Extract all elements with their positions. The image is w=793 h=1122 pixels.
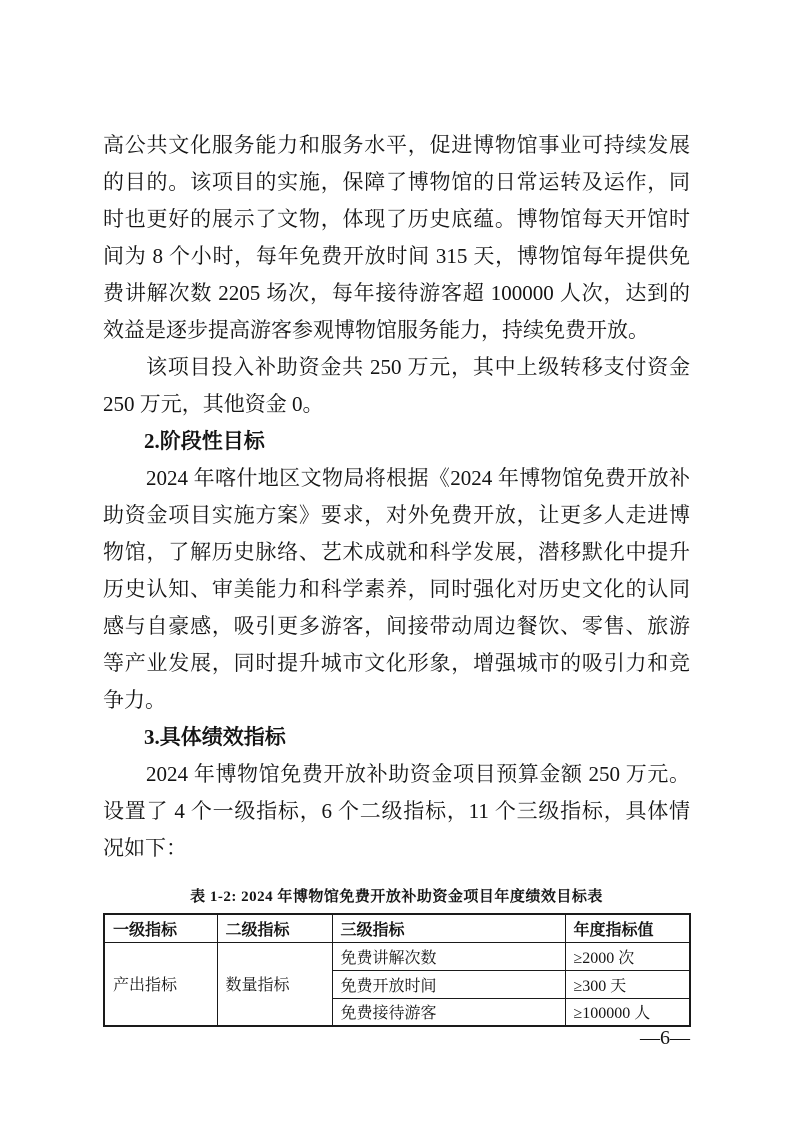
table-caption: 表 1-2: 2024 年博物馆免费开放补助资金项目年度绩效目标表 bbox=[103, 888, 690, 907]
document-page: 高公共文化服务能力和服务水平，促进博物馆事业可持续发展的目的。该项目的实施，保障… bbox=[103, 127, 690, 1027]
paragraph-stage-goals: 2024 年喀什地区文物局将根据《2024 年博物馆免费开放补助资金项目实施方案… bbox=[103, 460, 690, 719]
paragraph-funding-summary: 该项目投入补助资金共 250 万元，其中上级转移支付资金 250 万元，其他资金… bbox=[103, 349, 690, 423]
heading-stage-goals: 2.阶段性目标 bbox=[103, 423, 690, 460]
cell-indicator: 免费讲解次数 bbox=[332, 942, 565, 970]
annual-performance-target-table: 一级指标 二级指标 三级指标 年度指标值 产出指标 数量指标 免费讲解次数 ≥2… bbox=[103, 913, 691, 1027]
header-level1-indicator: 一级指标 bbox=[104, 914, 217, 942]
cell-indicator: 免费开放时间 bbox=[332, 970, 565, 998]
cell-level2-indicator: 数量指标 bbox=[217, 942, 332, 1026]
cell-target-value: ≥100000 人 bbox=[565, 998, 690, 1026]
table-row: 产出指标 数量指标 免费讲解次数 ≥2000 次 bbox=[104, 942, 690, 970]
header-level3-indicator: 三级指标 bbox=[332, 914, 565, 942]
header-level2-indicator: 二级指标 bbox=[217, 914, 332, 942]
paragraph-continuation: 高公共文化服务能力和服务水平，促进博物馆事业可持续发展的目的。该项目的实施，保障… bbox=[103, 127, 690, 349]
table-header-row: 一级指标 二级指标 三级指标 年度指标值 bbox=[104, 914, 690, 942]
cell-target-value: ≥2000 次 bbox=[565, 942, 690, 970]
heading-performance-indicators: 3.具体绩效指标 bbox=[103, 719, 690, 756]
cell-level1-indicator: 产出指标 bbox=[104, 942, 217, 1026]
cell-target-value: ≥300 天 bbox=[565, 970, 690, 998]
cell-indicator: 免费接待游客 bbox=[332, 998, 565, 1026]
paragraph-indicators-intro: 2024 年博物馆免费开放补助资金项目预算金额 250 万元。设置了 4 个一级… bbox=[103, 756, 690, 867]
header-annual-target-value: 年度指标值 bbox=[565, 914, 690, 942]
page-number: —6— bbox=[640, 1026, 690, 1050]
